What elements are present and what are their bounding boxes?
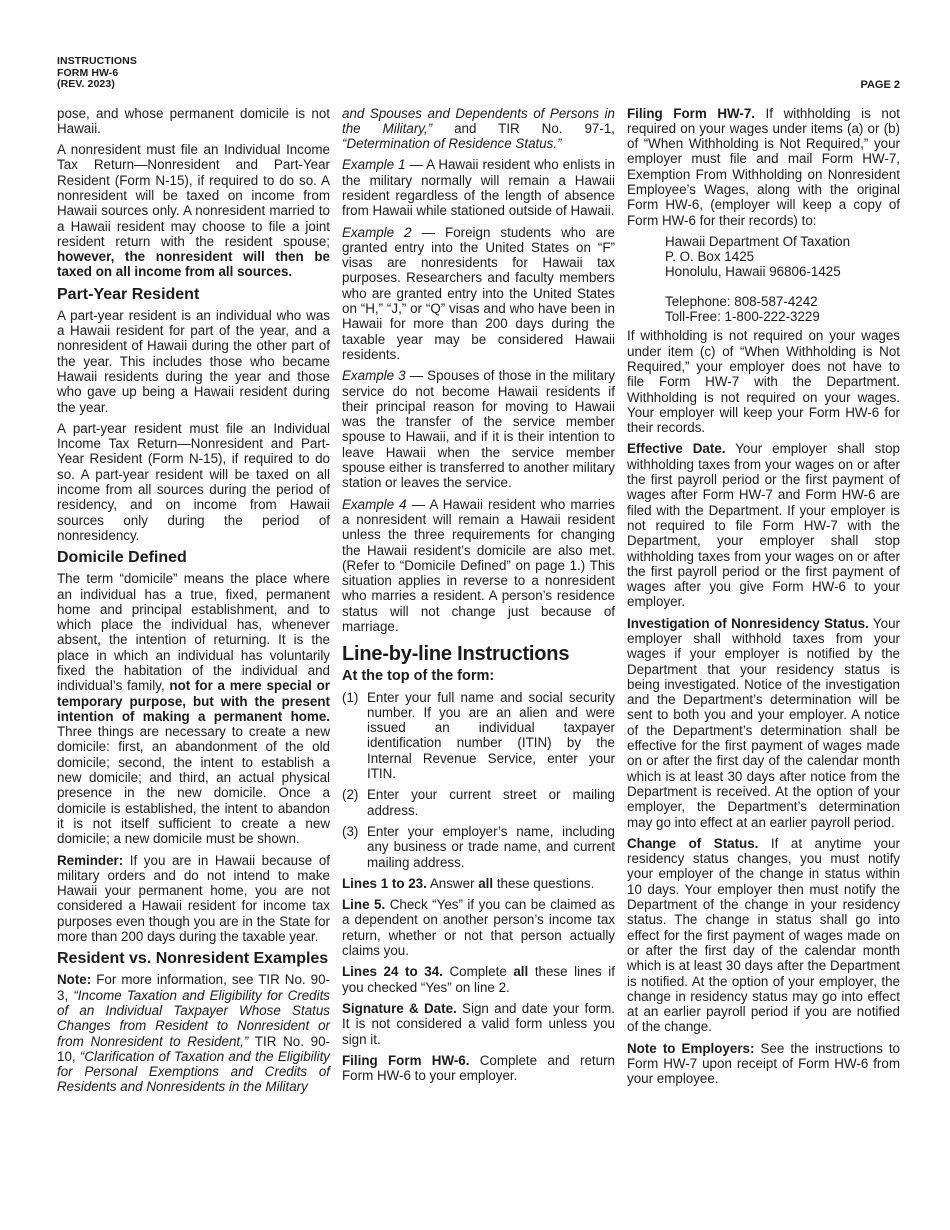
column-1: pose, and whose permanent domicile is no…	[57, 106, 330, 1101]
text-run: “Determination of Residence Status.”	[342, 136, 562, 151]
paragraph: Example 2 — Foreign students who are gra…	[342, 225, 615, 363]
text-run: Your employer shall stop withholding tax…	[627, 441, 900, 609]
text-run: Resident vs. Nonresident Examples	[57, 950, 328, 967]
paragraph: A part-year resident is an individual wh…	[57, 308, 330, 415]
form-title-block: INSTRUCTIONS FORM HW-6 (REV. 2023)	[57, 56, 137, 91]
doc-header: INSTRUCTIONS FORM HW-6 (REV. 2023) PAGE …	[57, 56, 900, 91]
text-run: Enter your full name and social security…	[367, 690, 615, 781]
section-heading: Part-Year Resident	[57, 286, 330, 304]
text-run: Answer	[427, 876, 478, 891]
address-block: Hawaii Department Of TaxationP. O. Box 1…	[627, 234, 900, 280]
text-run: If withholding is not required on your w…	[627, 328, 900, 435]
text-run: — A Hawaii resident who marries a nonres…	[342, 497, 615, 634]
text-run: Example 2	[342, 225, 412, 240]
paragraph: Example 4 — A Hawaii resident who marrie…	[342, 497, 615, 635]
text-run: Complete	[443, 964, 513, 979]
paragraph: Line 5. Check “Yes” if you can be claime…	[342, 897, 615, 958]
text-run: Lines 24 to 34.	[342, 964, 443, 979]
list-item-text: Enter your current street or mailing add…	[367, 787, 615, 818]
section-heading: Domicile Defined	[57, 549, 330, 567]
text-run: these questions.	[493, 876, 594, 891]
address-line: Hawaii Department Of Taxation	[665, 234, 900, 249]
address-line: P. O. Box 1425	[665, 249, 900, 264]
list-marker: (3)	[342, 824, 367, 870]
text-run: Domicile Defined	[57, 549, 187, 566]
text-run: Note to Employers:	[627, 1041, 754, 1056]
list-marker: (1)	[342, 690, 367, 782]
text-run: Filing Form HW-6.	[342, 1053, 469, 1068]
text-columns: pose, and whose permanent domicile is no…	[57, 106, 900, 1101]
numbered-list-item: (2)Enter your current street or mailing …	[342, 787, 615, 818]
address-line: Toll-Free: 1-800-222-3229	[665, 309, 900, 324]
paragraph: Example 1 — A Hawaii resident who enlist…	[342, 157, 615, 218]
paragraph: Filing Form HW-6. Complete and return Fo…	[342, 1053, 615, 1084]
address-line: Honolulu, Hawaii 96806-1425	[665, 264, 900, 279]
paragraph: Note: For more information, see TIR No. …	[57, 972, 330, 1094]
text-run: — Foreign students who are granted entry…	[342, 225, 615, 362]
address-line: Telephone: 808-587-4242	[665, 294, 900, 309]
column-3: Filing Form HW-7. If withholding is not …	[627, 106, 900, 1101]
main-heading: Line-by-line Instructions	[342, 643, 615, 665]
paragraph: Example 3 — Spouses of those in the mili…	[342, 368, 615, 490]
list-marker: (2)	[342, 787, 367, 818]
paragraph: Filing Form HW-7. If withholding is not …	[627, 106, 900, 228]
text-run: Line-by-line Instructions	[342, 643, 569, 665]
form-title-line-3: (REV. 2023)	[57, 79, 137, 91]
paragraph: Investigation of Nonresidency Status. Yo…	[627, 616, 900, 830]
list-item-text: Enter your full name and social security…	[367, 690, 615, 782]
paragraph: The term “domicile” means the place wher…	[57, 571, 330, 846]
text-run: If at anytime your residency status chan…	[627, 836, 900, 1035]
text-run: and TIR No. 97-1,	[432, 121, 615, 136]
text-run: A nonresident must file an Individual In…	[57, 142, 330, 249]
address-block: Telephone: 808-587-4242Toll-Free: 1-800-…	[627, 294, 900, 325]
paragraph: A nonresident must file an Individual In…	[57, 142, 330, 280]
text-run: “Clarification of Taxation and the Eligi…	[57, 1049, 330, 1095]
paragraph: Signature & Date. Sign and date your for…	[342, 1001, 615, 1047]
text-run: A part-year resident must file an Indivi…	[57, 421, 330, 543]
page-number: PAGE 2	[860, 79, 900, 91]
text-run: Investigation of Nonresidency Status.	[627, 616, 869, 631]
text-run: Your employer shall withhold taxes from …	[627, 616, 900, 830]
paragraph: Lines 1 to 23. Answer all these question…	[342, 876, 615, 891]
paragraph: Change of Status. If at anytime your res…	[627, 836, 900, 1035]
paragraph: Effective Date. Your employer shall stop…	[627, 441, 900, 609]
text-run: Reminder:	[57, 853, 123, 868]
text-run: Effective Date.	[627, 441, 726, 456]
form-title-line-1: INSTRUCTIONS	[57, 56, 137, 68]
text-run: Example 4	[342, 497, 407, 512]
paragraph: pose, and whose permanent domicile is no…	[57, 106, 330, 137]
paragraph: and Spouses and Dependents of Persons in…	[342, 106, 615, 152]
text-run: however, the nonresident will then be ta…	[57, 249, 330, 279]
document-page: INSTRUCTIONS FORM HW-6 (REV. 2023) PAGE …	[0, 0, 950, 1101]
text-run: all	[513, 964, 528, 979]
text-run: Example 3	[342, 368, 406, 383]
section-heading: Resident vs. Nonresident Examples	[57, 950, 330, 968]
paragraph: A part-year resident must file an Indivi…	[57, 421, 330, 543]
text-run: pose, and whose permanent domicile is no…	[57, 106, 330, 136]
text-run: Example 1	[342, 157, 406, 172]
text-run: Line 5.	[342, 897, 385, 912]
paragraph: Lines 24 to 34. Complete all these lines…	[342, 964, 615, 995]
text-run: At the top of the form:	[342, 668, 494, 684]
text-run: Enter your current street or mailing add…	[367, 787, 615, 817]
column-2: and Spouses and Dependents of Persons in…	[342, 106, 615, 1101]
list-item-text: Enter your employer’s name, including an…	[367, 824, 615, 870]
text-run: Part-Year Resident	[57, 286, 199, 303]
paragraph: If withholding is not required on your w…	[627, 328, 900, 435]
text-run: — Spouses of those in the military servi…	[342, 368, 615, 490]
numbered-list-item: (3)Enter your employer’s name, including…	[342, 824, 615, 870]
sub-heading: At the top of the form:	[342, 669, 615, 684]
numbered-list-item: (1)Enter your full name and social secur…	[342, 690, 615, 782]
text-run: A part-year resident is an individual wh…	[57, 308, 330, 415]
text-run: The term “domicile” means the place wher…	[57, 571, 330, 693]
text-run: Three things are necessary to create a n…	[57, 724, 330, 846]
text-run: Note:	[57, 972, 91, 987]
paragraph: Reminder: If you are in Hawaii because o…	[57, 853, 330, 945]
text-run: Lines 1 to 23.	[342, 876, 427, 891]
paragraph: Note to Employers: See the instructions …	[627, 1041, 900, 1087]
text-run: Enter your employer’s name, including an…	[367, 824, 615, 870]
text-run: Change of Status.	[627, 836, 758, 851]
text-run: Signature & Date.	[342, 1001, 457, 1016]
text-run: Filing Form HW-7.	[627, 106, 755, 121]
text-run: If withholding is not required on your w…	[627, 106, 900, 228]
text-run: all	[478, 876, 493, 891]
